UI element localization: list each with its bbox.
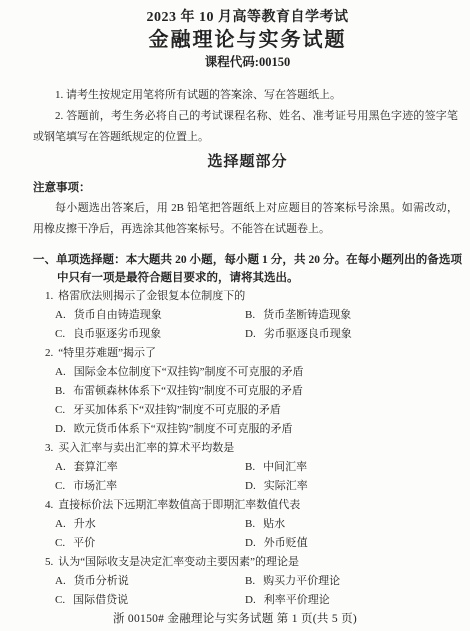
option-2-d: D.欧元货币体系下“双挂钩”制度不可克服的矛盾 xyxy=(55,420,462,439)
option-text: 布雷顿森林体系下“双挂钩”制度不可克服的矛盾 xyxy=(73,385,303,397)
option-label: D. xyxy=(245,537,256,549)
option-text: 良币驱逐劣币现象 xyxy=(73,328,161,340)
question-stem: 格雷欣法则揭示了金银复本位制度下的 xyxy=(58,290,245,302)
option-text: 国际借贷说 xyxy=(73,594,128,606)
option-3-a: A.套算汇率 xyxy=(55,458,245,477)
option-2-c: C.牙买加体系下“双挂钩”制度不可克服的矛盾 xyxy=(55,401,462,420)
option-text: 升水 xyxy=(74,518,96,530)
option-4-a: A.升水 xyxy=(55,515,245,534)
option-1-a: A.货币自由铸造现象 xyxy=(55,306,245,325)
option-label: C. xyxy=(55,328,65,340)
option-text: 贴水 xyxy=(263,518,285,530)
option-text: 外币贬值 xyxy=(264,537,308,549)
question-4: 4.直接标价法下远期汇率数值高于即期汇率数值代表 A.升水 B.贴水 C.平价 … xyxy=(33,496,462,553)
question-3-options: A.套算汇率 B.中间汇率 C.市场汇率 D.实际汇率 xyxy=(33,458,462,496)
front-instruction-1: 1. 请考生按规定用笔将所有试题的答案涂、写在答题纸上。 xyxy=(33,85,458,106)
question-number: 4. xyxy=(45,499,53,511)
option-label: B. xyxy=(245,309,255,321)
option-5-d: D.利率平价理论 xyxy=(245,591,462,610)
option-3-b: B.中间汇率 xyxy=(245,458,462,477)
option-label: A. xyxy=(55,461,66,473)
option-text: 套算汇率 xyxy=(74,461,118,473)
option-label: D. xyxy=(245,594,256,606)
part-one-heading: 一、单项选择题：本大题共 20 小题，每小题 1 分，共 20 分。在每小题列出… xyxy=(33,251,462,287)
option-label: B. xyxy=(245,518,255,530)
option-text: 货币垄断铸造现象 xyxy=(263,309,351,321)
option-1-b: B.货币垄断铸造现象 xyxy=(245,306,462,325)
option-label: B. xyxy=(55,385,65,397)
option-3-d: D.实际汇率 xyxy=(245,477,462,496)
question-2: 2.“特里芬难题”揭示了 A.国际金本位制度下“双挂钩”制度不可克服的矛盾 B.… xyxy=(33,344,462,439)
question-4-text: 4.直接标价法下远期汇率数值高于即期汇率数值代表 xyxy=(33,496,462,515)
option-label: D. xyxy=(245,328,256,340)
question-stem: 买入汇率与卖出汇率的算术平均数是 xyxy=(58,442,234,454)
option-text: 国际金本位制度下“双挂钩”制度不可克服的矛盾 xyxy=(74,366,304,378)
question-1: 1.格雷欣法则揭示了金银复本位制度下的 A.货币自由铸造现象 B.货币垄断铸造现… xyxy=(33,287,462,344)
option-5-c: C.国际借贷说 xyxy=(55,591,245,610)
option-label: C. xyxy=(55,594,65,606)
course-code: 课程代码:00150 xyxy=(33,54,462,71)
section-title: 选择题部分 xyxy=(33,153,462,172)
option-3-c: C.市场汇率 xyxy=(55,477,245,496)
option-label: B. xyxy=(245,461,255,473)
question-5-options: A.货币分析说 B.购买力平价理论 C.国际借贷说 D.利率平价理论 xyxy=(33,572,462,610)
option-label: C. xyxy=(55,480,65,492)
question-number: 5. xyxy=(45,556,53,568)
question-2-text: 2.“特里芬难题”揭示了 xyxy=(33,344,462,363)
option-text: 货币自由铸造现象 xyxy=(74,309,162,321)
option-text: 购买力平价理论 xyxy=(263,575,340,587)
exam-paper-title: 金融理论与实务试题 xyxy=(33,27,462,54)
option-label: D. xyxy=(55,423,66,435)
front-instruction-2: 2. 答题前，考生务必将自己的考试课程名称、姓名、准考证号用黑色字迹的签字笔或钢… xyxy=(33,106,458,148)
option-4-d: D.外币贬值 xyxy=(245,534,462,553)
option-2-a: A.国际金本位制度下“双挂钩”制度不可克服的矛盾 xyxy=(55,363,462,382)
question-4-options: A.升水 B.贴水 C.平价 D.外币贬值 xyxy=(33,515,462,553)
exam-session-title: 2023 年 10 月高等教育自学考试 xyxy=(33,9,462,27)
option-4-b: B.贴水 xyxy=(245,515,462,534)
question-5-text: 5.认为“国际收支是决定汇率变动主要因素”的理论是 xyxy=(33,553,462,572)
option-text: 劣币驱逐良币现象 xyxy=(264,328,352,340)
option-label: C. xyxy=(55,404,65,416)
question-1-options: A.货币自由铸造现象 B.货币垄断铸造现象 C.良币驱逐劣币现象 D.劣币驱逐良… xyxy=(33,306,462,344)
notice-text: 每小题选出答案后，用 2B 铅笔把答题纸上对应题目的答案标号涂黑。如需改动，用橡… xyxy=(33,198,458,240)
notice-label: 注意事项： xyxy=(33,179,462,198)
question-number: 3. xyxy=(45,442,53,454)
option-text: 货币分析说 xyxy=(74,575,129,587)
option-text: 牙买加体系下“双挂钩”制度不可克服的矛盾 xyxy=(73,404,281,416)
option-5-b: B.购买力平价理论 xyxy=(245,572,462,591)
option-text: 中间汇率 xyxy=(263,461,307,473)
option-5-a: A.货币分析说 xyxy=(55,572,245,591)
option-label: A. xyxy=(55,309,66,321)
question-3-text: 3.买入汇率与卖出汇率的算术平均数是 xyxy=(33,439,462,458)
option-4-c: C.平价 xyxy=(55,534,245,553)
option-label: A. xyxy=(55,518,66,530)
question-stem: 直接标价法下远期汇率数值高于即期汇率数值代表 xyxy=(58,499,300,511)
option-label: D. xyxy=(245,480,256,492)
option-text: 利率平价理论 xyxy=(264,594,330,606)
question-stem: “特里芬难题”揭示了 xyxy=(58,347,156,359)
option-text: 平价 xyxy=(73,537,95,549)
exam-paper-page: 2023 年 10 月高等教育自学考试 金融理论与实务试题 课程代码:00150… xyxy=(0,0,470,631)
question-5: 5.认为“国际收支是决定汇率变动主要因素”的理论是 A.货币分析说 B.购买力平… xyxy=(33,553,462,610)
option-1-d: D.劣币驱逐良币现象 xyxy=(245,325,462,344)
question-1-text: 1.格雷欣法则揭示了金银复本位制度下的 xyxy=(33,287,462,306)
option-text: 欧元货币体系下“双挂钩”制度不可克服的矛盾 xyxy=(74,423,293,435)
question-3: 3.买入汇率与卖出汇率的算术平均数是 A.套算汇率 B.中间汇率 C.市场汇率 … xyxy=(33,439,462,496)
option-label: A. xyxy=(55,575,66,587)
question-number: 1. xyxy=(45,290,53,302)
option-label: C. xyxy=(55,537,65,549)
question-2-options: A.国际金本位制度下“双挂钩”制度不可克服的矛盾 B.布雷顿森林体系下“双挂钩”… xyxy=(33,363,462,439)
option-text: 实际汇率 xyxy=(264,480,308,492)
option-text: 市场汇率 xyxy=(73,480,117,492)
option-label: A. xyxy=(55,366,66,378)
option-1-c: C.良币驱逐劣币现象 xyxy=(55,325,245,344)
option-2-b: B.布雷顿森林体系下“双挂钩”制度不可克服的矛盾 xyxy=(55,382,462,401)
option-label: B. xyxy=(245,575,255,587)
question-number: 2. xyxy=(45,347,53,359)
page-footer: 浙 00150# 金融理论与实务试题 第 1 页(共 5 页) xyxy=(33,610,437,629)
question-stem: 认为“国际收支是决定汇率变动主要因素”的理论是 xyxy=(58,556,299,568)
